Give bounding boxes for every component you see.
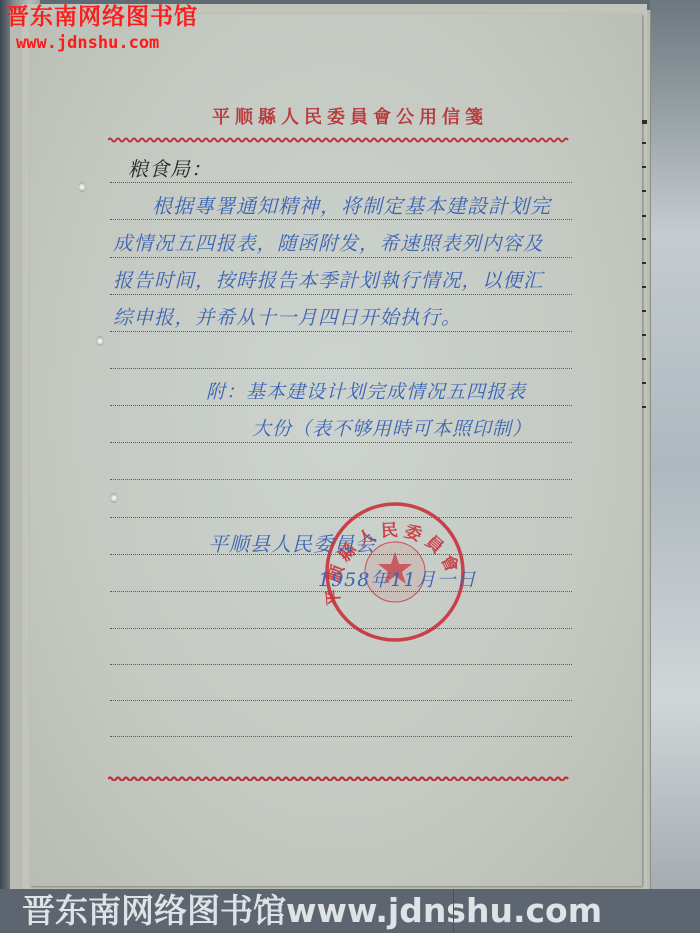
addressee: 粮食局： (128, 153, 212, 182)
banner-divider (453, 889, 454, 933)
ruled-line (110, 442, 572, 443)
ruled-line (110, 664, 572, 665)
stacked-page-edge (642, 120, 650, 420)
ruled-line (110, 257, 572, 258)
watermark-bottom-text[interactable]: 晋东南网络图书馆www.jdnshu.com (22, 891, 602, 930)
watermark-url[interactable]: www.jdnshu.com (6, 32, 198, 54)
ruled-line (110, 368, 572, 369)
body-line-2: 成情况五四报表，随函附发，希速照表列内容及 (113, 228, 544, 256)
watermark-top: 晋东南网络图书馆 www.jdnshu.com (6, 2, 198, 54)
ruled-line (110, 736, 572, 737)
pin-hole (78, 182, 86, 192)
ruled-line (110, 219, 572, 220)
pin-hole (96, 336, 104, 346)
watermark-title: 晋东南网络图书馆 (6, 2, 198, 32)
footer-wavy-rule (108, 775, 571, 781)
ruled-line (110, 700, 572, 701)
attachment-line-2: 大份（表不够用時可本照印制） (252, 414, 532, 441)
ruled-line (110, 331, 572, 332)
letterhead-wavy-rule (108, 137, 571, 143)
attachment-line-1: 附：基本建设计划完成情况五四报表 (206, 377, 526, 404)
body-line-4: 综申报，并希从十一月四日开始执行。 (113, 302, 462, 330)
background-right (650, 0, 700, 933)
letter-paper (30, 14, 642, 886)
body-line-1: 根据專署通知精神，将制定基本建設計划完 (152, 190, 551, 219)
watermark-bottom-banner: 晋东南网络图书馆www.jdnshu.com (0, 889, 700, 933)
ruled-line (110, 294, 572, 295)
ruled-line (110, 479, 572, 480)
body-line-3: 报告时间，按時报告本季計划執行情况，以便汇 (113, 265, 544, 293)
date: 1958年11月一日 (318, 565, 477, 592)
ruled-line (110, 405, 572, 406)
letterhead-title: 平顺縣人民委員會公用信箋 (160, 103, 540, 129)
signature: 平顺县人民委員会 (208, 528, 376, 557)
pin-hole (110, 493, 118, 503)
ruled-line (110, 182, 572, 183)
